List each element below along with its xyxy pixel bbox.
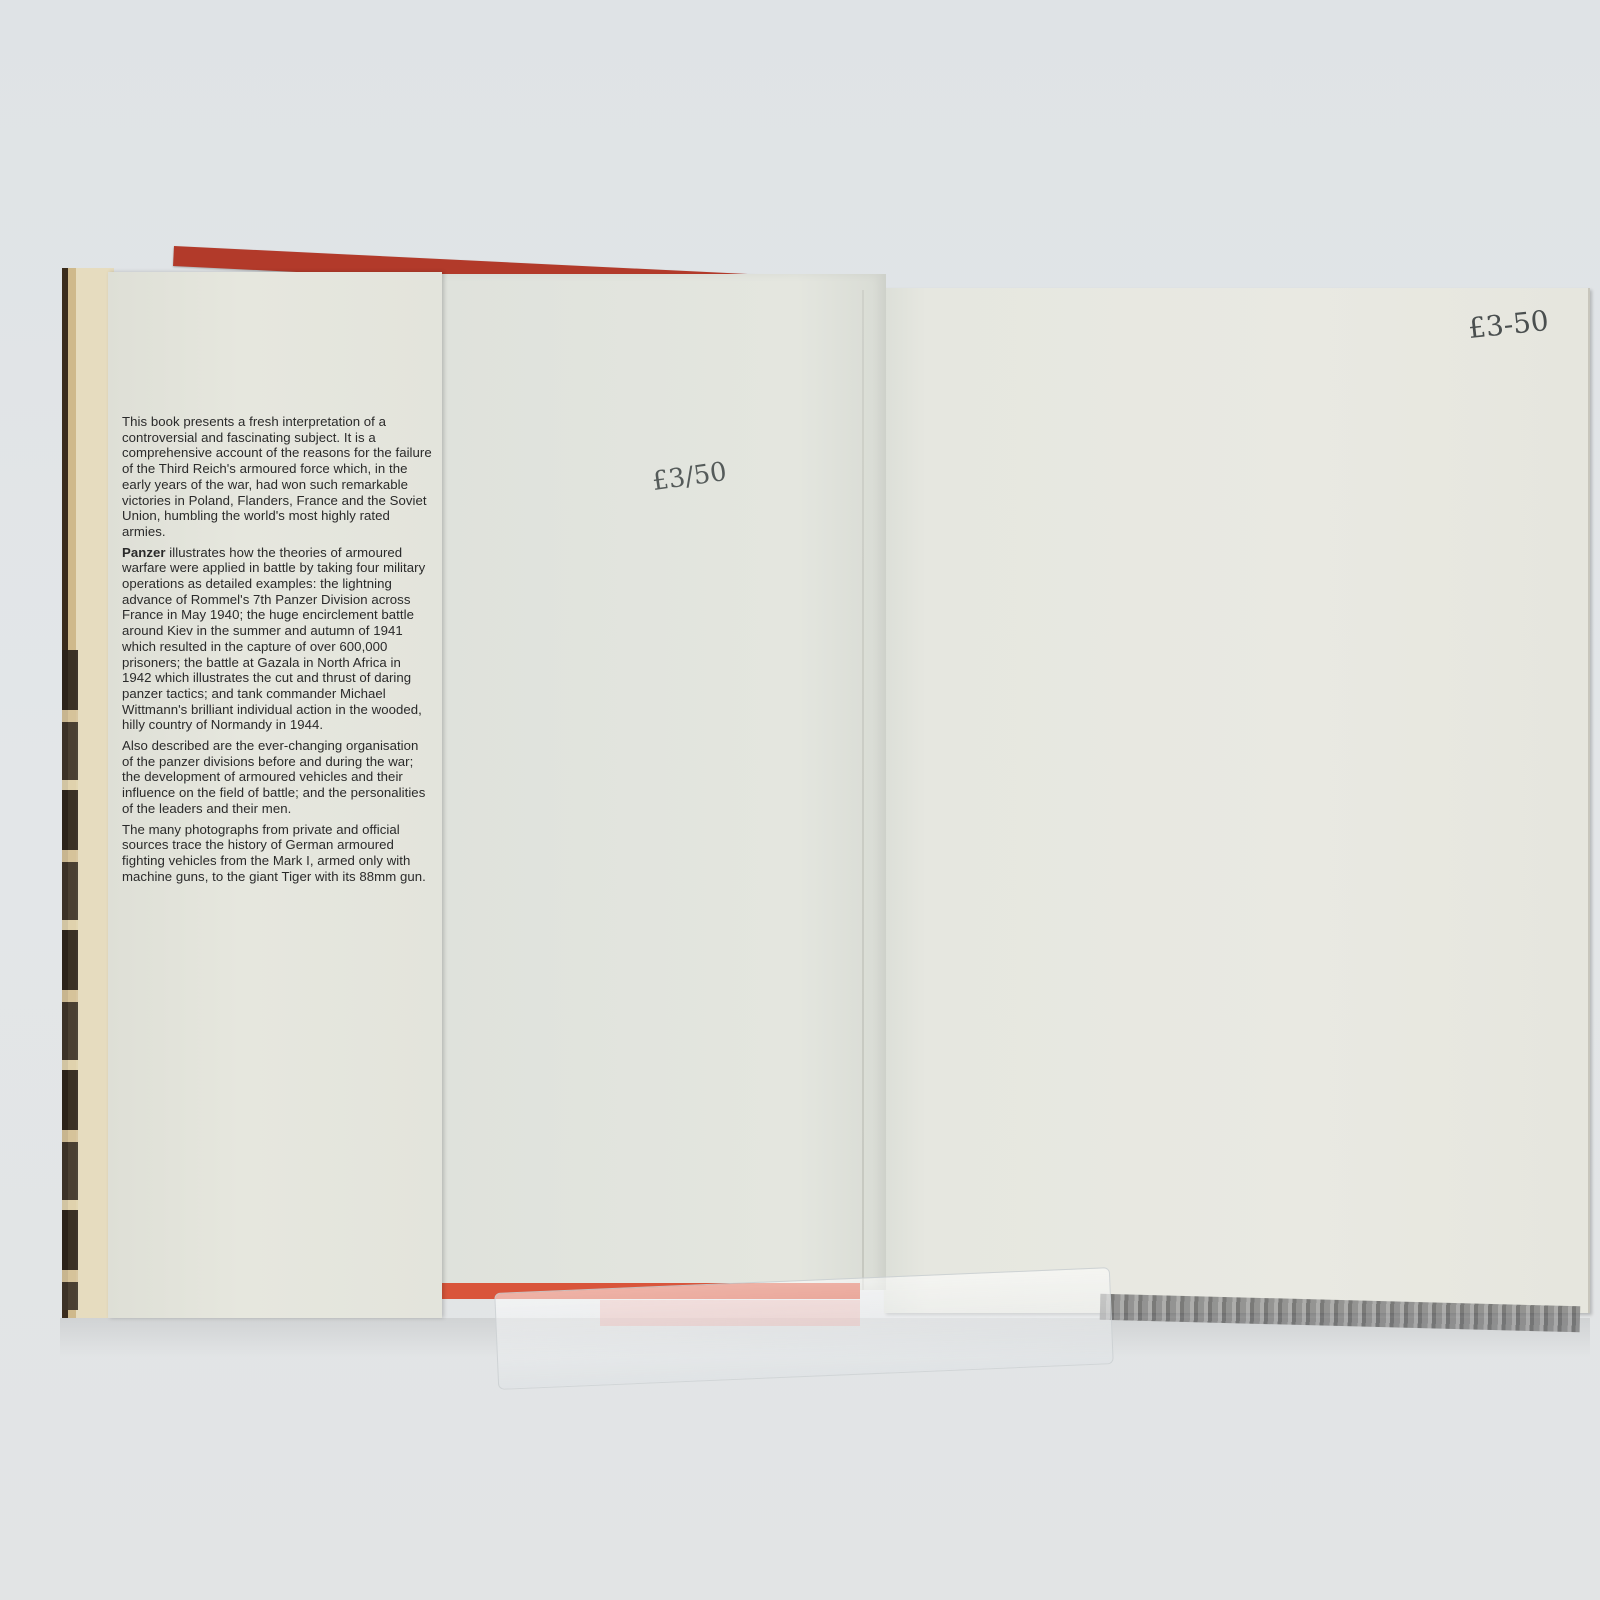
blurb-paragraph-4: The many photographs from private and of… <box>122 822 432 885</box>
blurb-paragraph-2-text: illustrates how the theories of armoured… <box>122 545 425 733</box>
blurb-bold-title: Panzer <box>122 545 166 560</box>
blurb-paragraph-2: Panzer illustrates how the theories of a… <box>122 545 432 733</box>
flap-blurb: This book presents a fresh interpretatio… <box>122 414 432 889</box>
free-endpaper-right <box>884 288 1590 1313</box>
blurb-paragraph-1: This book presents a fresh interpretatio… <box>122 414 432 540</box>
dust-jacket-cover-photo-strip <box>62 650 78 1310</box>
blurb-paragraph-3: Also described are the ever-changing org… <box>122 738 432 817</box>
photo-scene: £3-50 £3/50 This book presents a fresh i… <box>0 0 1600 1600</box>
book-gutter <box>862 290 864 1290</box>
front-pastedown <box>440 274 886 1290</box>
